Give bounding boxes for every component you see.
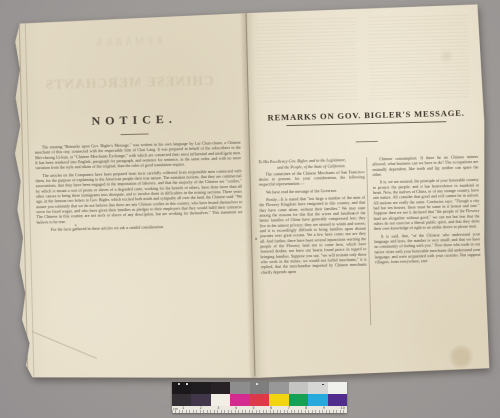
ruler-strip: cm 1 2 3 4 5 6 7 8 9 10 xyxy=(172,406,347,413)
show-through-column xyxy=(256,17,358,103)
notice-divider-rule xyxy=(120,133,148,135)
color-patch xyxy=(211,394,230,406)
book-spread: REMARKS CHINESE MERCHANTS NOTICE. The en… xyxy=(10,4,491,383)
remarks-paragraph: We have read the message of the Governor… xyxy=(259,188,365,196)
paper-crease xyxy=(32,331,97,359)
remarks-paragraph: Firstly—It is stated that "too large a n… xyxy=(259,195,367,275)
heading-underline-rule xyxy=(286,121,446,126)
registration-dot xyxy=(186,383,188,385)
color-patch xyxy=(269,394,288,406)
remarks-column-right: Chinese consumption. If there be no Chin… xyxy=(372,154,483,378)
color-patch xyxy=(289,394,308,406)
show-through-title-remarks: REMARKS xyxy=(28,34,228,50)
ruler-number: 5 xyxy=(252,406,254,410)
gray-patch xyxy=(250,382,269,394)
registration-dot xyxy=(256,383,258,385)
color-patch xyxy=(250,394,269,406)
gray-patch xyxy=(328,382,347,394)
color-patch xyxy=(172,394,191,406)
ruler-number: 2 xyxy=(200,406,202,410)
notice-body-text: The ensuing "Remarks upon Gov. Bigler's … xyxy=(35,140,245,325)
remarks-paragraph: It is, we are assured, the principle of … xyxy=(373,178,480,232)
remarks-paragraph: The committee of the Chinese Merchants o… xyxy=(258,170,364,188)
color-patch-row xyxy=(172,394,347,406)
color-calibration-bar: cm 1 2 3 4 5 6 7 8 9 10 xyxy=(172,382,347,413)
gray-patch xyxy=(269,382,288,394)
remarks-column-left: To His Excellency Gov. Bigler, and to th… xyxy=(258,157,370,395)
gray-patch xyxy=(211,382,230,394)
ruler-numbers: 1 2 3 4 5 6 7 8 9 10 xyxy=(182,406,345,410)
foxing-speck xyxy=(255,238,257,240)
ruler-number: 8 xyxy=(305,406,307,410)
gray-patch xyxy=(289,382,308,394)
show-through-title-chinese-merchants: CHINESE MERCHANTS xyxy=(29,72,229,93)
color-patch xyxy=(230,394,249,406)
registration-dot xyxy=(178,383,180,385)
ruler-number: 10 xyxy=(340,406,345,410)
grayscale-patch-row xyxy=(172,382,347,394)
gray-patch xyxy=(308,382,327,394)
ruler-number: 3 xyxy=(217,406,219,410)
color-patch xyxy=(328,394,347,406)
left-page: REMARKS CHINESE MERCHANTS NOTICE. The en… xyxy=(10,10,255,384)
foxing-speck xyxy=(75,224,77,226)
gray-patch xyxy=(172,382,191,394)
color-patch xyxy=(191,394,210,406)
notice-paragraph: The articles on the Companies have been … xyxy=(35,169,242,226)
ruler-number: 1 xyxy=(182,406,184,410)
section-divider-rule xyxy=(356,141,378,143)
remarks-paragraph: It is said, that, "of the Chinese who un… xyxy=(374,232,481,266)
ruler-number: 7 xyxy=(288,406,290,410)
photograph-background: REMARKS CHINESE MERCHANTS NOTICE. The en… xyxy=(0,0,500,418)
paper-sheet: REMARKS CHINESE MERCHANTS NOTICE. The en… xyxy=(10,4,491,383)
color-patch xyxy=(308,394,327,406)
right-page: REMARKS ON GOV. BIGLER'S MESSAGE. To His… xyxy=(246,4,491,378)
ruler-number: 6 xyxy=(270,406,272,410)
notice-heading: NOTICE. xyxy=(32,110,236,130)
gray-patch xyxy=(230,382,249,394)
ruler-tick-marks xyxy=(172,410,347,413)
gray-patch xyxy=(191,382,210,394)
registration-dot xyxy=(322,384,324,386)
remarks-paragraph: Chinese consumption. If there be no Chin… xyxy=(372,154,478,177)
ruler-number: 4 xyxy=(235,406,237,410)
ruler-number: 9 xyxy=(323,406,325,410)
notice-paragraph: The ensuing "Remarks upon Gov. Bigler's … xyxy=(35,140,242,171)
foxing-speck xyxy=(352,212,354,214)
